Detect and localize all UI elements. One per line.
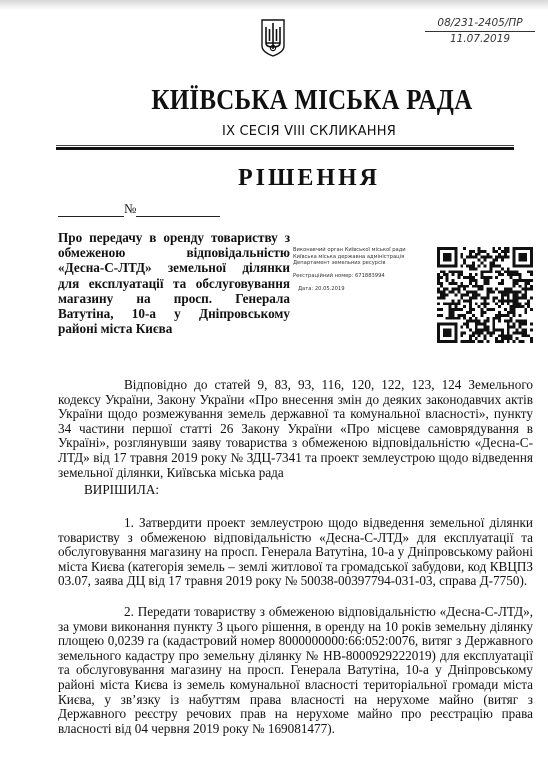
item-text: 1. Затвердити проект землеустрою щодо ві…: [58, 516, 533, 589]
title-line: обмеженою відповідальністю: [58, 245, 290, 260]
stamp-date: Дата: 20.05.2019: [293, 286, 433, 293]
title-line: «Десна-С-ЛТД» земельної ділянки: [58, 260, 290, 275]
stamp-org-line: Департамент земельних ресурсів: [293, 260, 433, 267]
number-blank: [136, 215, 220, 217]
title-line: районі міста Києва: [58, 321, 290, 336]
title-line: Про передачу в оренду товариству з: [58, 230, 290, 245]
qr-code-icon: [437, 247, 533, 343]
preamble-text: Відповідно до статей 9, 83, 93, 116, 120…: [58, 378, 533, 480]
registration-date: 11.07.2019: [425, 32, 535, 46]
stamp-registration: Реєстраційний номер: 671883994: [293, 273, 433, 280]
council-name: КИЇВСЬКА МІСЬКА РАДА: [46, 84, 517, 117]
item-text: 2. Передати товариству з обмеженою відпо…: [58, 605, 533, 736]
document-type: РІШЕННЯ: [0, 165, 548, 192]
date-blank: [58, 215, 124, 217]
electronic-stamp: Виконавчий орган Київської міської ради …: [293, 247, 433, 293]
registration-mark: 08/231-2405/ПР 11.07.2019: [425, 16, 535, 46]
decision-number-line: №: [58, 201, 220, 217]
item-2: 2. Передати товариству з обмеженою відпо…: [58, 605, 533, 736]
title-line: Ватутіна, 10-а у Дніпровському: [58, 306, 290, 321]
number-sign: №: [124, 201, 136, 217]
trident-emblem-icon: [261, 19, 285, 57]
title-line: магазину на просп. Генерала: [58, 291, 290, 306]
resolved-heading: ВИРІШИЛА:: [84, 482, 159, 498]
item-1: 1. Затвердити проект землеустрою щодо ві…: [58, 516, 533, 589]
decision-title: Про передачу в оренду товариству з обмеж…: [58, 230, 290, 336]
registration-number: 08/231-2405/ПР: [425, 16, 535, 32]
preamble: Відповідно до статей 9, 83, 93, 116, 120…: [58, 378, 533, 480]
header-rule-thick: [56, 147, 514, 150]
title-line: для експлуатації та обслуговування: [58, 276, 290, 291]
scan-shadow: [0, 0, 548, 10]
session-line: IX СЕСІЯ VIII СКЛИКАННЯ: [0, 124, 548, 139]
header-rule-thin: [56, 145, 514, 146]
